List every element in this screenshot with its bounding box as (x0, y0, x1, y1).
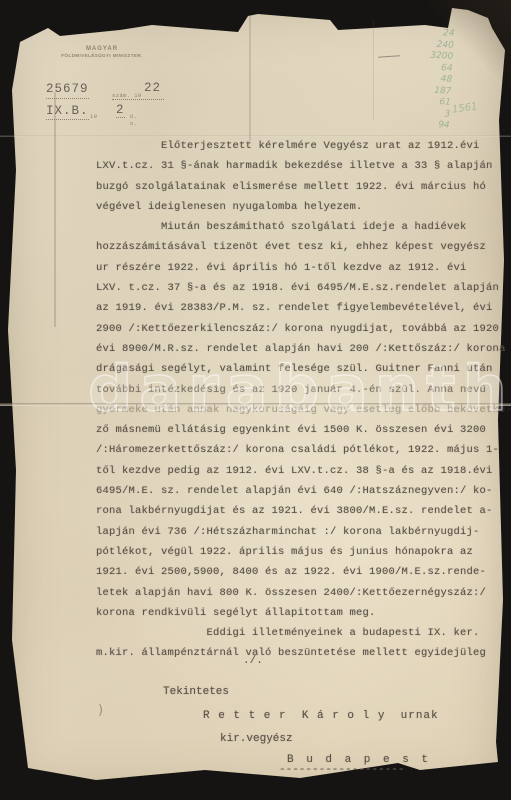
item-small: ü. o. (130, 113, 137, 127)
letter-line: Eddigi illetményeinek a budapesti IX. ke… (96, 623, 506, 643)
letter-line: 2900 /:Kettőezerkilencszáz:/ korona nyug… (96, 319, 506, 339)
letter-line: rona lakbérnyugdijat és az 1921. évi 380… (96, 501, 506, 521)
letter-line: letek alapján havi 800 K. összesen 2400/… (96, 583, 506, 603)
letter-line: korona rendkivüli segélyt állapitottam m… (96, 603, 506, 623)
letter-line: lapján évi 736 /:Hétszázharminchat :/ ko… (96, 522, 506, 542)
letter-line: ur részére 1922. évi április hó 1-től ke… (96, 258, 506, 278)
ministry-stamp: MAGYAR FÖLDMIVELÉSÜGYI MINISZTER. (56, 46, 148, 58)
letter-line: 6495/M.E. sz. rendelet alapján évi 640 /… (96, 481, 506, 501)
pencil-paren-mark: ) (98, 703, 103, 718)
pencil-number-column: 242403200644818761394 (419, 27, 454, 132)
letter-line: végével ideiglenesen nyugalomba helyezem… (96, 197, 506, 217)
letter-line: LXV.t.cz. 31 §-ának harmadik bekezdése i… (96, 156, 506, 176)
letter-separator-mark: ./. (243, 655, 263, 667)
letter-line: hozzászámitásával tizenöt évet tesz ki, … (96, 237, 506, 257)
recipient-title: kir.vegyész (220, 733, 293, 745)
letter-line: m.kir. állampénztárnál való beszüntetése… (96, 643, 506, 663)
section-code: IX.B. (46, 104, 89, 120)
section-small: 19 (90, 113, 97, 120)
letter-line: további intézkedésig és az 1920 január 4… (96, 380, 506, 400)
letter-line: buzgó szolgálatainak elismerése mellett … (96, 177, 506, 197)
letter-line: től kezdve pedig az 1912. évi LXV.t.cz. … (96, 461, 506, 481)
letter-line: az 1919. évi 28383/P.M. sz. rendelet fig… (96, 298, 506, 318)
letter-line: /:Háromezerkettőszáz:/ korona családi pó… (96, 440, 506, 460)
stamp-line1: MAGYAR (56, 46, 148, 52)
letter-line: évi 8900/M.R.sz. rendelet alapján havi 2… (96, 339, 506, 359)
letter-line: Miután beszámitható szolgálati ideje a h… (96, 217, 506, 237)
letter-line: pótlékot, végül 1922. április május és j… (96, 542, 506, 562)
file-year: 22 (144, 81, 161, 95)
stamp-line2: FÖLDMIVELÉSÜGYI MINISZTER. (56, 53, 148, 58)
file-number: 25679 (46, 82, 89, 99)
letter-line: Előterjesztett kérelmére Vegyész urat az… (96, 136, 506, 156)
letter-line: 1921. évi 2500,5900, 8400 és az 1922. év… (96, 562, 506, 582)
letter-line: LXV. t.cz. 37 §-a és az 1918. évi 6495/M… (96, 278, 506, 298)
letter-line: drágasági segélyt, valamint felesége szü… (96, 359, 506, 379)
letter-line: ző másnemü ellátásig egyenkint évi 1500 … (96, 420, 506, 440)
recipient-name: R e t t e r K á r o l y urnak (203, 710, 439, 722)
item-number: 2 (116, 103, 125, 118)
photo-of-document: MAGYAR FÖLDMIVELÉSÜGYI MINISZTER. 25679 … (0, 0, 511, 800)
pencil-number: 94 (419, 119, 450, 132)
letter-line: gyermeke után annak nagykoruságáig vagy … (96, 400, 506, 420)
city-underline: ------------------- (279, 764, 404, 776)
closing-salutation: Tekintetes (163, 686, 229, 698)
letter-body: Előterjesztett kérelmére Vegyész urat az… (96, 136, 506, 664)
